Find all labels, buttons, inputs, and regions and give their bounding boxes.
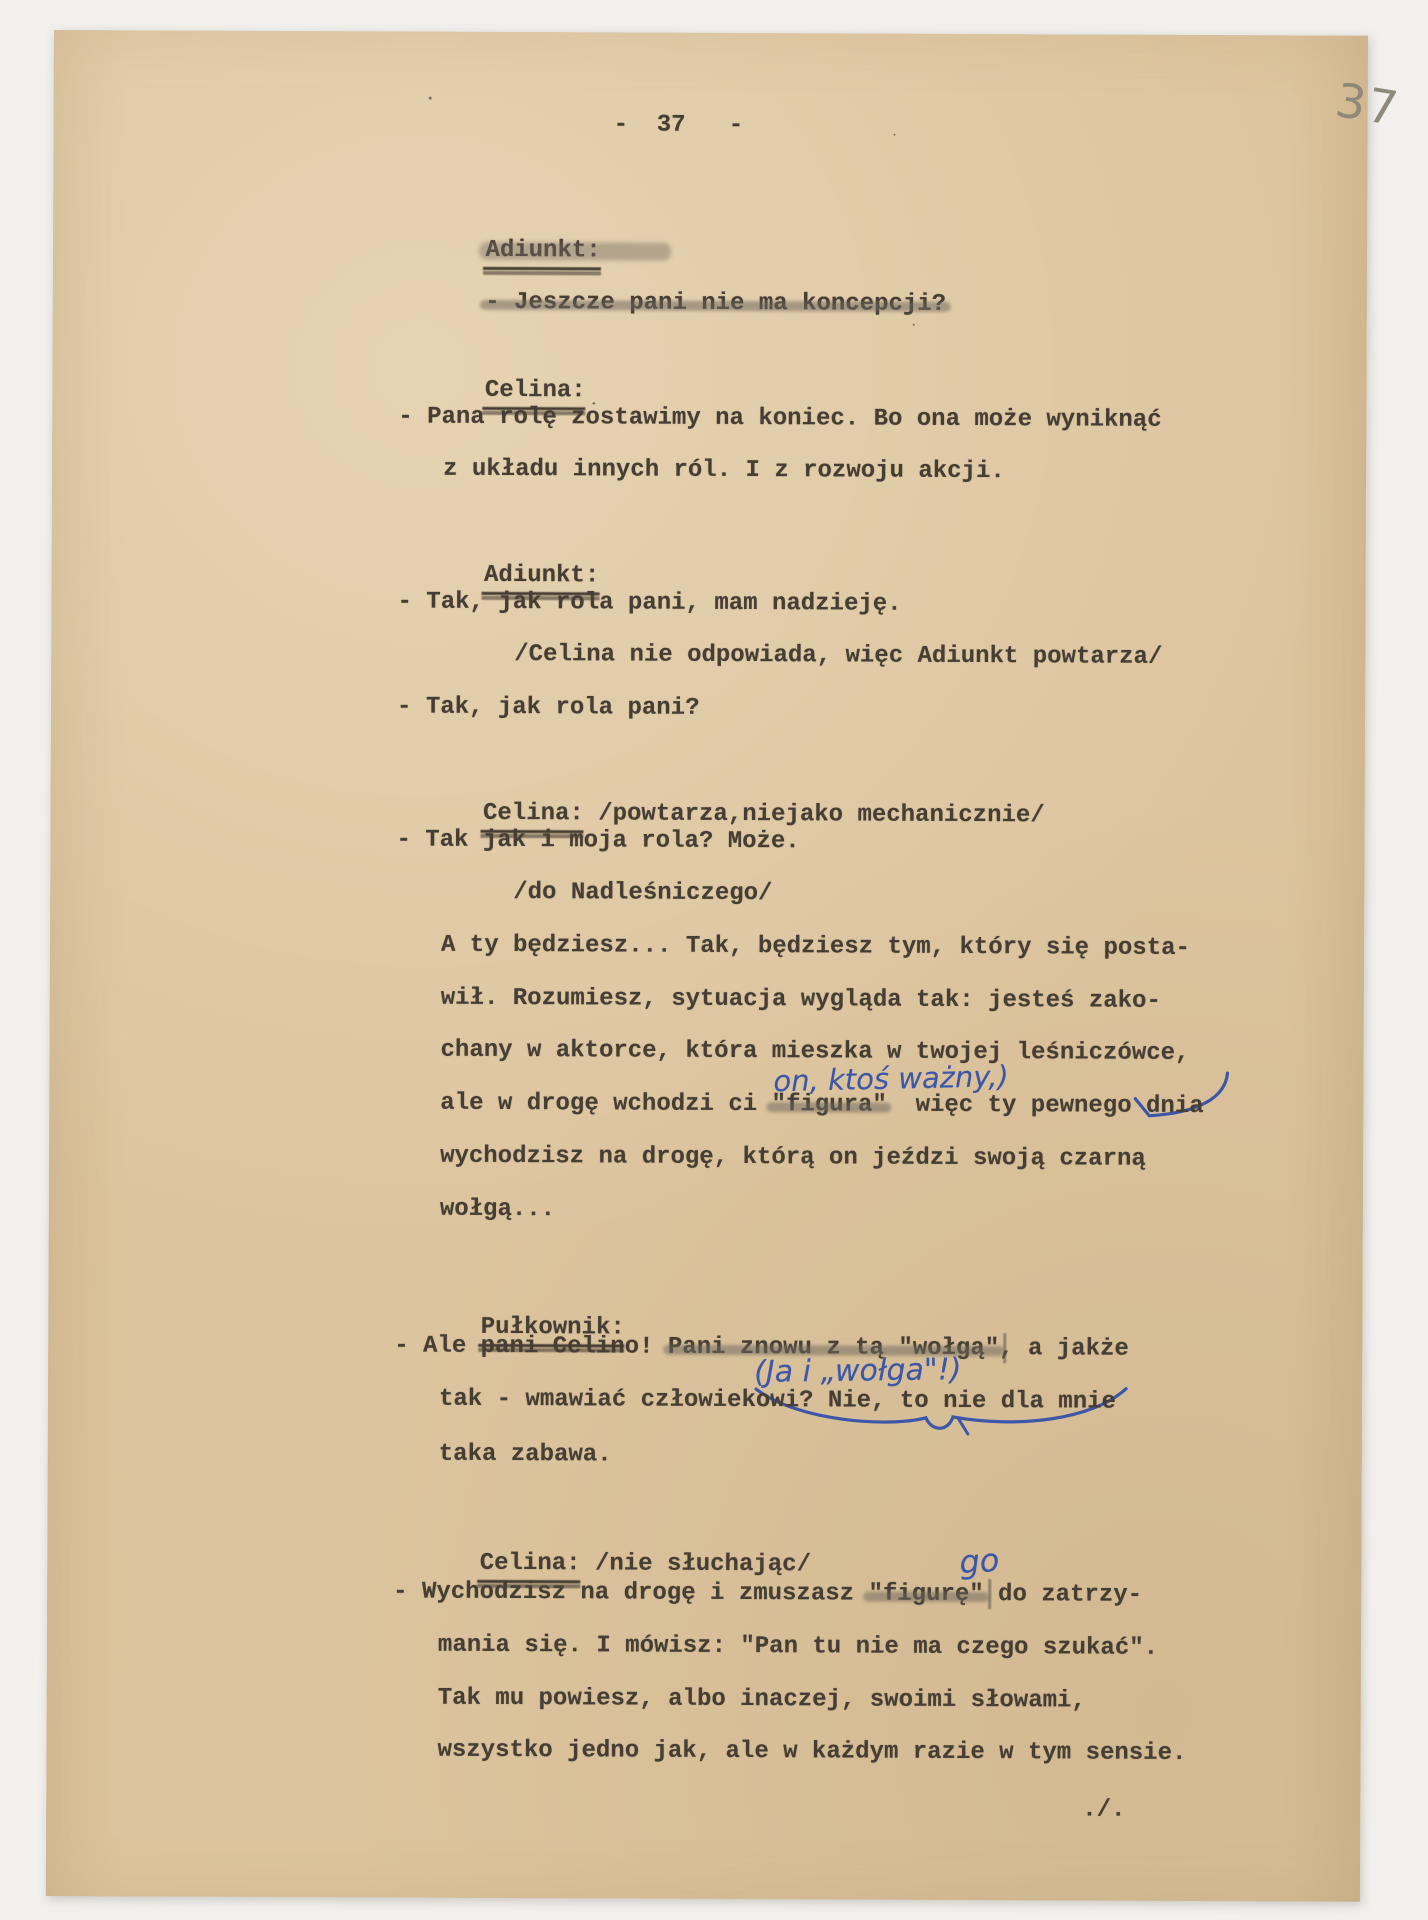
ale-pani-pre: - Ale pani Celino!	[394, 1332, 668, 1360]
line-wychodzisz2: - Wychodzisz na drogę i zmuszasz "figurę…	[393, 1579, 1142, 1609]
line-mania: mania się. I mówisz: "Pan tu nie ma czeg…	[438, 1633, 1158, 1663]
line-tak-wmawiac: tak - wmawiać człowiekowi? Nie, to nie d…	[439, 1387, 1116, 1416]
ale-pre: ale w drogę wchodzi ci	[440, 1090, 771, 1118]
line-wil: wił. Rozumiesz, sytuacja wygląda tak: je…	[441, 986, 1161, 1016]
celina2-name: Celina:	[483, 801, 584, 828]
wychodzisz2-pre: - Wychodzisz na drogę i zmuszasz	[393, 1578, 868, 1607]
line-wychodzisz1: wychodzisz na drogę, którą on jeździ swo…	[440, 1144, 1146, 1173]
line-stage1: /Celina nie odpowiada, więc Adiunkt powt…	[514, 642, 1162, 671]
adiunkt2-name: Adiunkt:	[484, 563, 599, 590]
paper-speck	[429, 97, 432, 100]
line-ale-w-droge: ale w drogę wchodzi ci "figura" więc ty …	[440, 1091, 1203, 1121]
line-tak-mu: Tak mu powiesz, albo inaczej, swoimi sło…	[438, 1686, 1086, 1715]
line-pana-role: - Pana rolę zostawimy na koniec. Bo ona …	[398, 405, 1161, 435]
celina1-name: Celina:	[485, 378, 586, 405]
handwritten-note-go: go	[958, 1541, 1000, 1582]
adiunkt-heading-text: Adiunkt:	[485, 238, 600, 265]
line-tak-jak1: - Tak, jak rola pani, mam nadzieję.	[397, 590, 901, 619]
paper-speck	[894, 134, 896, 136]
line-wszystko: wszystko jedno jak, ale w każdym razie w…	[437, 1738, 1186, 1768]
line-wolga-dots: wołgą...	[440, 1197, 555, 1224]
wychodzisz2-post: do zatrzy-	[984, 1581, 1143, 1609]
ale-pani-post: , a jakże	[999, 1335, 1129, 1363]
line-tak-jak-moja: - Tak jak i moja rola? Może.	[396, 828, 799, 856]
end-mark: ./.	[1082, 1798, 1125, 1825]
line-a-ty: A ty będziesz... Tak, będziesz tym, któr…	[441, 933, 1190, 963]
line-taka-zabawa: taka zabawa.	[439, 1442, 612, 1469]
scanned-script-page: 37 - 37 - Adiunkt: - Jeszcze pani nie ma…	[0, 0, 1428, 1920]
ale-struck-word: "figura"	[772, 1092, 887, 1119]
jeszcze-text: - Jeszcze pani nie ma koncepcji?	[485, 290, 946, 318]
line-z-ukladu: z układu innych ról. I z rozwoju akcji.	[443, 457, 1005, 486]
celina2-direction: /powtarza,niejako mechanicznie/	[584, 801, 1045, 830]
ale-post: więc ty pewnego dnia	[887, 1092, 1204, 1120]
line-stage2: /do Nadleśniczego/	[513, 880, 772, 908]
page-number-header: - 37 -	[614, 112, 744, 139]
celina3-name: Celina:	[480, 1551, 581, 1578]
paper-sheet: 37 - 37 - Adiunkt: - Jeszcze pani nie ma…	[46, 30, 1368, 1902]
line-tak-jak2: - Tak, jak rola pani?	[397, 695, 700, 723]
handwritten-corner-page-number: 37	[1332, 73, 1404, 138]
line-jeszcze-struck: - Jeszcze pani nie ma koncepcji?	[399, 264, 947, 346]
celina3-direction: /nie słuchając/	[581, 1551, 812, 1579]
wychodzisz2-struck-word: "figurę"	[868, 1582, 983, 1609]
